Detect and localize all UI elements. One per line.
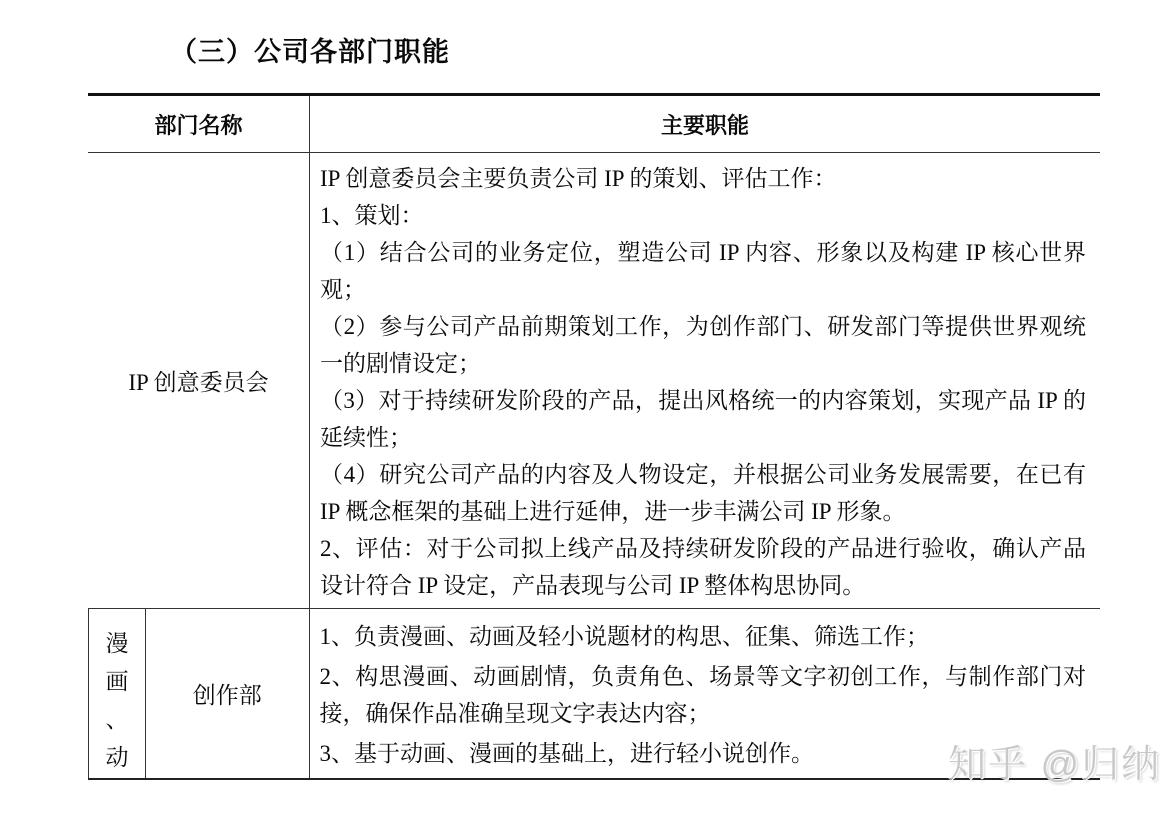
function-paragraph: 1、负责漫画、动画及轻小说题材的构思、征集、筛选工作； [320, 618, 1087, 655]
category-char: 动 [106, 739, 129, 777]
category-vertical-cell: 漫 画 、 动 [89, 609, 146, 778]
table-header-row: 部门名称 主要职能 [88, 96, 1100, 153]
page-title: （三）公司各部门职能 [170, 30, 450, 69]
table-row-ip-committee: IP 创意委员会 IP 创意委员会主要负责公司 IP 的策划、评估工作： 1、策… [88, 153, 1100, 609]
function-paragraph: 2、评估：对于公司拟上线产品及持续研发阶段的产品进行验收，确认产品设计符合 IP… [320, 530, 1086, 604]
functions-table: 部门名称 主要职能 IP 创意委员会 IP 创意委员会主要负责公司 IP 的策划… [88, 93, 1100, 780]
header-cell-department: 部门名称 [88, 96, 310, 152]
function-paragraph: （1）结合公司的业务定位，塑造公司 IP 内容、形象以及构建 IP 核心世界观； [320, 234, 1086, 308]
category-char: 、 [106, 701, 129, 739]
function-paragraph: （2）参与公司产品前期策划工作，为创作部门、研发部门等提供世界观统一的剧情设定； [320, 308, 1086, 382]
function-paragraph: （4）研究公司产品的内容及人物设定，并根据公司业务发展需要，在已有 IP 概念框… [320, 456, 1086, 530]
function-paragraph: 2、构思漫画、动画剧情，负责角色、场景等文字初创工作，与制作部门对接，确保作品准… [320, 658, 1087, 732]
category-char: 画 [106, 663, 129, 701]
category-char: 漫 [106, 625, 129, 663]
function-paragraph: 1、策划： [320, 197, 1086, 234]
zhihu-watermark: 知乎 @归纳 [948, 733, 1161, 788]
department-name-cell: 创作部 [146, 609, 310, 778]
header-cell-functions: 主要职能 [310, 96, 1100, 152]
function-paragraph: （3）对于持续研发阶段的产品，提出风格统一的内容策划，实现产品 IP 的延续性； [320, 382, 1086, 456]
functions-cell: IP 创意委员会主要负责公司 IP 的策划、评估工作： 1、策划： （1）结合公… [310, 153, 1100, 608]
document-page: （三）公司各部门职能 部门名称 主要职能 IP 创意委员会 IP 创意委员会主要… [0, 0, 1171, 815]
department-name-cell: IP 创意委员会 [88, 153, 310, 608]
function-paragraph: IP 创意委员会主要负责公司 IP 的策划、评估工作： [320, 160, 1086, 197]
